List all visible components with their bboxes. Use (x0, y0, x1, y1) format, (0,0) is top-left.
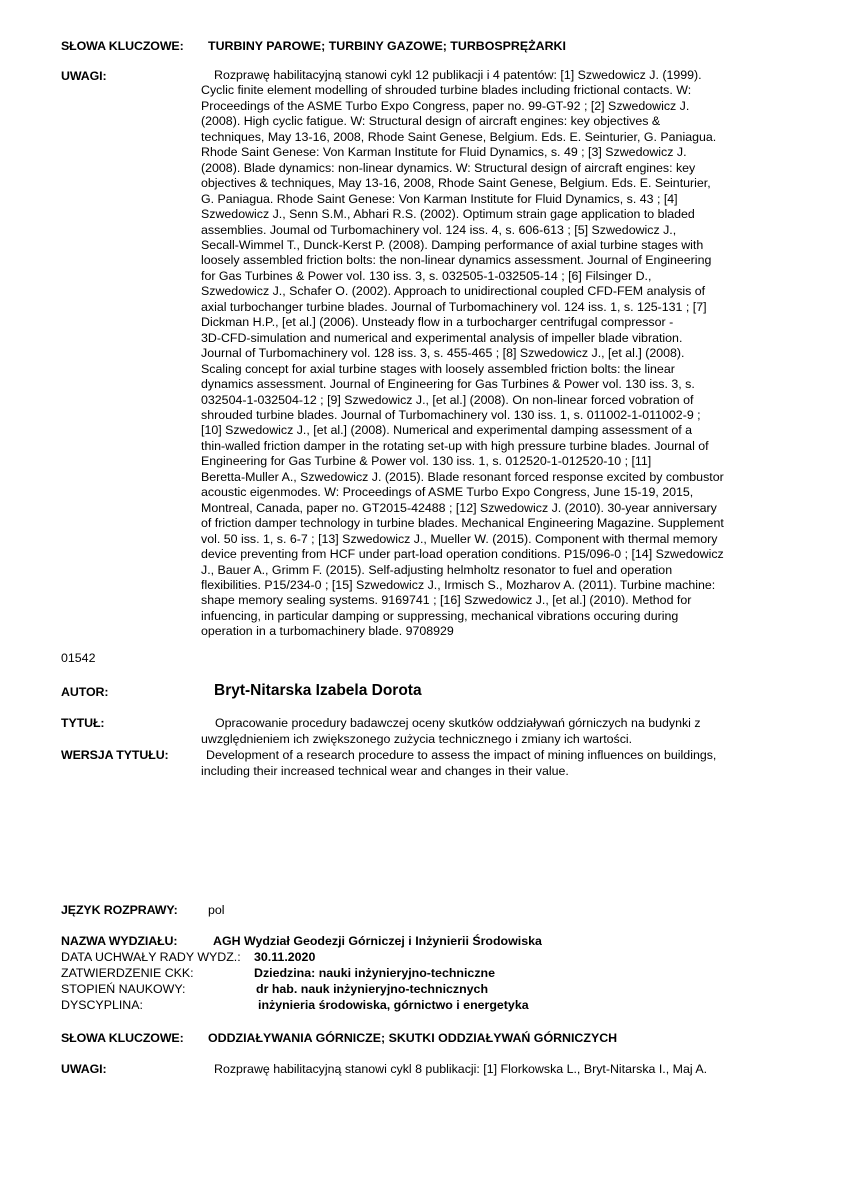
faculty-value: AGH Wydział Geodezji Górniczej i Inżynie… (213, 934, 542, 948)
notes-line: [10] Szwedowicz J., [et al.] (2008). Num… (201, 423, 724, 438)
notes-line: of friction damper technology in turbine… (201, 516, 724, 531)
notes-line: acoustic eigenmodes. W: Proceedings of A… (201, 485, 724, 500)
notes-line: G. Paniagua. Rhode Saint Genese: Von Kar… (201, 192, 724, 207)
notes-line: Montreal, Canada, paper no. GT2015-42488… (201, 501, 724, 516)
title-label: TYTUŁ: (61, 716, 104, 730)
keywords-value-2: ODDZIAŁYWANIA GÓRNICZE; SKUTKI ODDZIAŁYW… (208, 1031, 617, 1045)
notes-line: shrouded turbine blades. Journal of Turb… (201, 408, 724, 423)
discipline-label: DYSCYPLINA: (61, 998, 143, 1012)
degree-label: STOPIEŃ NAUKOWY: (61, 982, 185, 996)
notes-line: for Gas Turbines & Power vol. 130 iss. 3… (201, 269, 724, 284)
title-line-2: uwzględnieniem ich zwiększonego zużycia … (201, 732, 632, 746)
faculty-label: NAZWA WYDZIAŁU: (61, 934, 177, 948)
resolution-date-value: 30.11.2020 (254, 950, 315, 964)
notes-line: objectives & techniques, May 13-16, 2008… (201, 176, 724, 191)
title-version-line-2: including their increased technical wear… (201, 764, 569, 778)
keywords-label-2: SŁOWA KLUCZOWE: (61, 1031, 184, 1045)
language-label: JĘZYK ROZPRAWY: (61, 903, 178, 917)
notes-line: Szwedowicz J., Schafer O. (2002). Approa… (201, 284, 724, 299)
ckk-value: Dziedzina: nauki inżynieryjno-techniczne (254, 966, 495, 980)
keywords-label: SŁOWA KLUCZOWE: (61, 39, 184, 53)
author-label: AUTOR: (61, 685, 108, 699)
resolution-date-label: DATA UCHWAŁY RADY WYDZ.: (61, 950, 241, 964)
notes-text: Rozprawę habilitacyjną stanowi cykl 12 p… (201, 68, 724, 640)
notes-label: UWAGI: (61, 69, 107, 83)
notes-line: Cyclic finite element modelling of shrou… (201, 83, 724, 98)
notes-line: Engineering for Gas Turbine & Power vol.… (201, 454, 724, 469)
notes-line: (2008). Blade dynamics: non-linear dynam… (201, 161, 724, 176)
notes-line: Scaling concept for axial turbine stages… (201, 362, 724, 377)
notes-line: 3D-CFD-simulation and numerical and expe… (201, 331, 724, 346)
notes-line: infuencing, in particular damping or sup… (201, 609, 724, 624)
notes-line: operation in a turbomachinery blade. 970… (201, 624, 724, 639)
notes-line: axial turbochanger turbine blades. Journ… (201, 300, 724, 315)
notes-line: assemblies. Joumal od Turbomachinery vol… (201, 223, 724, 238)
author-name: Bryt-Nitarska Izabela Dorota (214, 682, 422, 700)
title-line-1: Opracowanie procedury badawczej oceny sk… (215, 716, 701, 730)
notes-line: Beretta-Muller A., Szwedowicz J. (2015).… (201, 470, 724, 485)
notes-line: J., Bauer A., Grimm F. (2015). Self-adju… (201, 563, 724, 578)
discipline-value: inżynieria środowiska, górnictwo i energ… (258, 998, 529, 1012)
notes-text-2: Rozprawę habilitacyjną stanowi cykl 8 pu… (214, 1062, 707, 1076)
language-value: pol (208, 903, 225, 917)
notes-line: flexibilities. P15/234-0 ; [15] Szwedowi… (201, 578, 724, 593)
notes-line: loosely assembled friction bolts: the no… (201, 253, 724, 268)
notes-line: Rhode Saint Genese: Von Karman Institute… (201, 145, 724, 160)
title-version-label: WERSJA TYTUŁU: (61, 748, 169, 762)
notes-line: Rozprawę habilitacyjną stanowi cykl 12 p… (201, 68, 724, 83)
notes-line: 032504-1-032504-12 ; [9] Szwedowicz J., … (201, 393, 724, 408)
notes-line: thin-walled friction damper in the rotat… (201, 439, 724, 454)
notes-line: Dickman H.P., [et al.] (2006). Unsteady … (201, 315, 724, 330)
notes-line: Proceedings of the ASME Turbo Expo Congr… (201, 99, 724, 114)
notes-line: dynamics assessment. Journal of Engineer… (201, 377, 724, 392)
notes-line: Secall-Wimmel T., Dunck-Kerst P. (2008).… (201, 238, 724, 253)
notes-line: (2008). High cyclic fatigue. W: Structur… (201, 114, 724, 129)
ckk-label: ZATWIERDZENIE CKK: (61, 966, 194, 980)
notes-line: Journal of Turbomachinery vol. 128 iss. … (201, 346, 724, 361)
notes-line: Szwedowicz J., Senn S.M., Abhari R.S. (2… (201, 207, 724, 222)
title-version-line-1: Development of a research procedure to a… (206, 748, 716, 762)
keywords-value: TURBINY PAROWE; TURBINY GAZOWE; TURBOSPR… (208, 39, 566, 53)
record-id: 01542 (61, 651, 95, 665)
notes-line: techniques, May 13-16, 2008, Rhode Saint… (201, 130, 724, 145)
notes-line: device preventing from HCF under part-lo… (201, 547, 724, 562)
notes-line: vol. 50 iss. 1, s. 6-7 ; [13] Szwedowicz… (201, 532, 724, 547)
notes-label-2: UWAGI: (61, 1062, 107, 1076)
notes-line: shape memory sealing systems. 9169741 ; … (201, 593, 724, 608)
degree-value: dr hab. nauk inżynieryjno-technicznych (256, 982, 488, 996)
